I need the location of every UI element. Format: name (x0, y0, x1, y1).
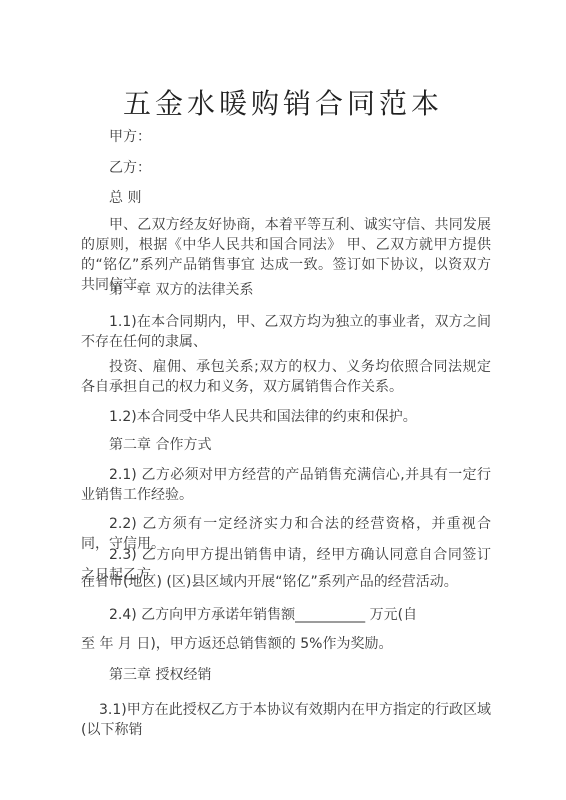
party-b-label: 乙方： (81, 158, 491, 178)
chapter-3-heading: 第三章 授权经销 (81, 665, 491, 685)
contract-document-page: 五金水暖购销合同范本 甲方： 乙方： 总 则 甲、乙双方经友好协商，本着平等互利… (0, 0, 566, 800)
chapter-2-heading: 第二章 合作方式 (81, 435, 491, 455)
clause-3-1: 3.1)甲方在此授权乙方于本协议有效期内在甲方指定的行政区域(以下称销 (81, 700, 491, 740)
clause-2-4-part-a: 2.4) 乙方向甲方承诺年销售额__________ 万元(自 (81, 605, 491, 625)
clause-1-1-part-b: 投资、雇佣、承包关系;双方的权力、义务均依照合同法规定各自承担自己的权力和义务，… (81, 357, 491, 397)
document-title: 五金水暖购销合同范本 (0, 87, 566, 121)
chapter-1-heading: 第一章 双方的法律关系 (81, 280, 491, 300)
general-provisions-heading: 总 则 (81, 188, 491, 208)
clause-2-4-part-b: 至 年 月 日)，甲方返还总销售额的 5%作为奖励。 (81, 634, 491, 654)
clause-1-1-part-a: 1.1)在本合同期内，甲、乙双方均为独立的事业者，双方之间不存在任何的隶属、 (81, 312, 491, 352)
clause-2-3-part-b: 在省市(地区) (区)县区域内开展“铭亿”系列产品的经营活动。 (81, 572, 491, 592)
party-a-label: 甲方： (81, 127, 491, 147)
clause-2-1: 2.1) 乙方必须对甲方经营的产品销售充满信心,并具有一定行业销售工作经验。 (81, 465, 491, 505)
clause-1-2: 1.2)本合同受中华人民共和国法律的约束和保护。 (81, 407, 491, 427)
